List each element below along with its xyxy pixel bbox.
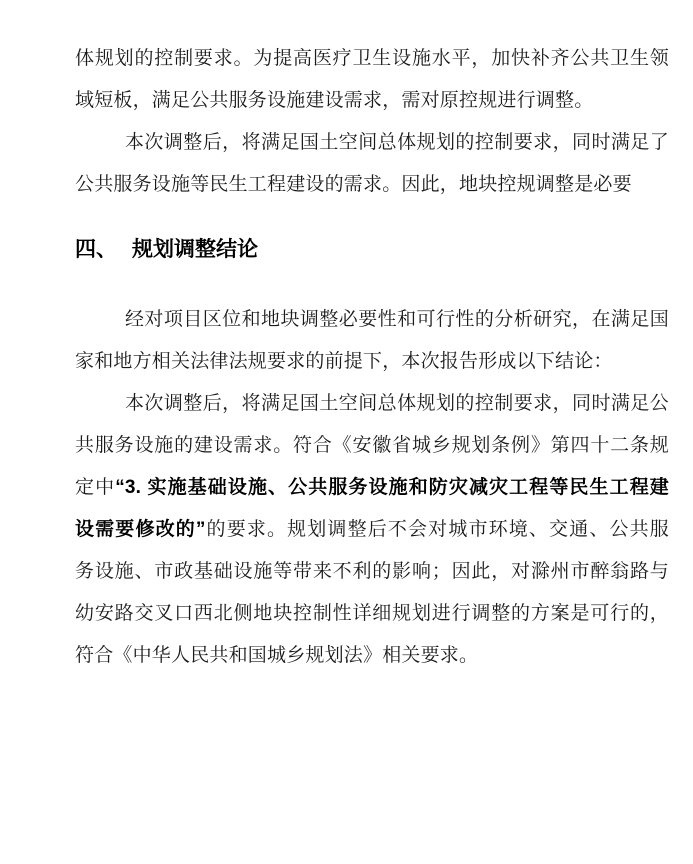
body-line: 定中“3. 实施基础设施、公共服务设施和防灾减灾工程等民生工程建 [75, 467, 669, 509]
body-line: 符合《中华人民共和国城乡规划法》相关要求。 [75, 635, 669, 677]
body-line: 务设施、市政基础设施等带来不利的影响；因此，对滁州市醉翁路与 [75, 551, 669, 593]
body-line-bold-text: 设需要修改的” [75, 519, 206, 540]
body-line: 体规划的控制要求。为提高医疗卫生设施水平，加快补齐公共卫生领 [75, 38, 669, 80]
section-heading: 四、规划调整结论 [75, 229, 669, 271]
paragraph-necessity-conclusion: 本次调整后，将满足国土空间总体规划的控制要求，同时满足了 公共服务设施等民生工程… [75, 122, 669, 206]
body-line: 公共服务设施等民生工程建设的需求。因此，地块控规调整是必要的。 [75, 164, 669, 206]
body-line: 域短板，满足公共服务设施建设需求，需对原控规进行调整。 [75, 80, 669, 122]
document-page: 体规划的控制要求。为提高医疗卫生设施水平，加快补齐公共卫生领 域短板，满足公共服… [0, 0, 693, 864]
heading-number: 四、 [75, 238, 117, 261]
body-line: 幼安路交叉口西北侧地块控制性详细规划进行调整的方案是可行的， [75, 593, 669, 635]
body-line: 本次调整后，将满足国土空间总体规划的控制要求，同时满足公 [75, 383, 669, 425]
paragraph-continuation: 体规划的控制要求。为提高医疗卫生设施水平，加快补齐公共卫生领 域短板，满足公共服… [75, 38, 669, 122]
body-line: 本次调整后，将满足国土空间总体规划的控制要求，同时满足了 [75, 122, 669, 164]
paragraph-analysis-intro: 经对项目区位和地块调整必要性和可行性的分析研究，在满足国 家和地方相关法律法规要… [75, 299, 669, 383]
body-line: 设需要修改的”的要求。规划调整后不会对城市环境、交通、公共服 [75, 509, 669, 551]
body-line-regular-text: 定中 [75, 477, 115, 498]
document-content: 体规划的控制要求。为提高医疗卫生设施水平，加快补齐公共卫生领 域短板，满足公共服… [75, 38, 669, 677]
body-line: 共服务设施的建设需求。符合《安徽省城乡规划条例》第四十二条规 [75, 425, 669, 467]
body-line-bold-text: “3. 实施基础设施、公共服务设施和防灾减灾工程等民生工程建 [115, 477, 669, 498]
body-line: 经对项目区位和地块调整必要性和可行性的分析研究，在满足国 [75, 299, 669, 341]
body-line: 家和地方相关法律法规要求的前提下，本次报告形成以下结论： [75, 341, 669, 383]
body-line-regular-text: 的要求。规划调整后不会对城市环境、交通、公共服 [206, 519, 669, 540]
heading-title: 规划调整结论 [132, 238, 258, 261]
paragraph-feasibility-conclusion: 本次调整后，将满足国土空间总体规划的控制要求，同时满足公 共服务设施的建设需求。… [75, 383, 669, 677]
